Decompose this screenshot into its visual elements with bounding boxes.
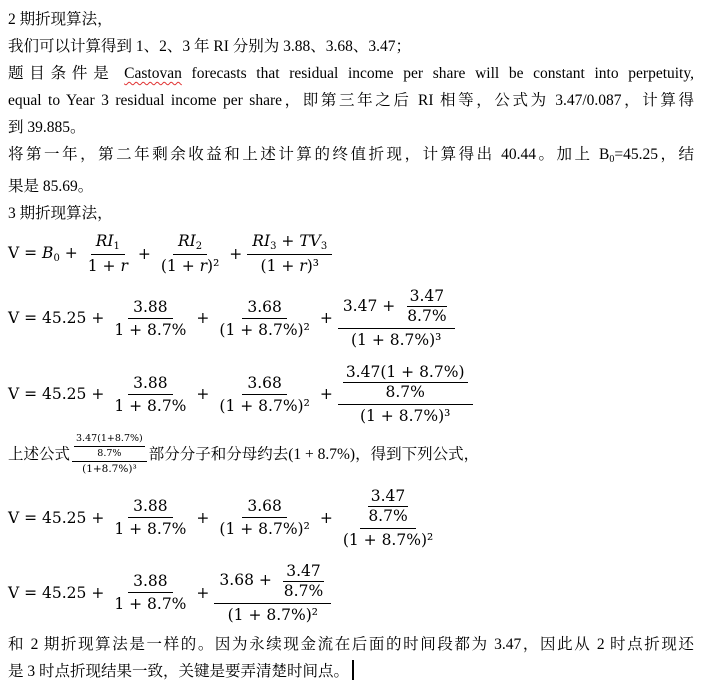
para4-post: 部分分子和分母约去(1 + 8.7%)，得到下列公式， — [149, 441, 479, 468]
fraction-term2: 3.68 (1 + 8.7%)² — [214, 374, 314, 415]
formula-3period-tv-expanded: V = 45.25 + 3.88 1 + 8.7% + 3.68 (1 + 8.… — [8, 363, 694, 425]
formula-3period-numeric: V = 45.25 + 3.88 1 + 8.7% + 3.68 (1 + 8.… — [8, 287, 694, 349]
fraction-term1: 3.88 1 + 8.7% — [109, 298, 191, 339]
para4-pre: 上述公式 — [8, 441, 70, 468]
para2-line1: 将第一年，第二年剩余收益和上述计算的终值折现，计算得出 40.44。加上 B0=… — [8, 141, 694, 173]
para4-cancellation-note: 上述公式 3.47(1+8.7%) 8.7% (1+8.7%)³ 部分分子和分母… — [8, 433, 694, 476]
para1-line4: equal to Year 3 residual income per shar… — [8, 87, 694, 114]
fraction-ri3-tv3: RI3 + TV3 (1 + r)³ — [247, 232, 332, 275]
para2-line1-post: =45.25，结 — [614, 146, 694, 163]
plus-operator: + — [320, 309, 333, 327]
para1-line3-pre: 题目条件是 — [8, 65, 124, 82]
formula-general-ri-model: V = B0 + RI1 1 + r + RI2 (1 + r)² + RI3 … — [8, 232, 694, 275]
inline-fraction: 3.47(1+8.7%) 8.7% (1+8.7%)³ — [72, 433, 147, 476]
formula1-lhs: V = B0 + — [8, 244, 78, 264]
fraction-ri2: RI2 (1 + r)² — [156, 232, 224, 275]
para5: 和 2 期折现算法是一样的。因为永续现金流在后面的时间段都为 3.47，因此从 … — [8, 631, 694, 681]
para2-line2: 果是 85.69。 — [8, 173, 694, 200]
plus-operator: + — [320, 385, 333, 403]
misspelled-word: Castovan — [124, 65, 182, 82]
nested-fraction: 3.47 8.7% — [365, 487, 410, 526]
var-B: B — [42, 244, 53, 262]
formula-cancelled: V = 45.25 + 3.88 1 + 8.7% + 3.68 (1 + 8.… — [8, 487, 694, 549]
fraction-term3: 3.47(1 + 8.7%) 8.7% (1 + 8.7%)³ — [338, 363, 473, 425]
para1-line5: 到 39.885。 — [8, 114, 694, 141]
plus-operator: + — [138, 245, 151, 263]
nested-fraction: 3.47 8.7% — [404, 287, 449, 326]
plus-operator: + — [196, 509, 209, 527]
para5-line2: 是 3 时点折现结果一致，关键是要弄清楚时间点。 — [8, 658, 694, 681]
fraction-term3: 3.47 + 3.47 8.7% (1 + 8.7%)³ — [338, 287, 455, 349]
fraction-term1: 3.88 1 + 8.7% — [109, 374, 191, 415]
plus-operator: + — [196, 385, 209, 403]
document-page[interactable]: 2 期折现算法， 我们可以计算得到 1、2、3 年 RI 分别为 3.88、3.… — [0, 0, 706, 681]
para1-line3: 题目条件是 Castovan forecasts that residual i… — [8, 60, 694, 87]
plus-operator: + — [196, 584, 209, 602]
fraction-term2: 3.68 + 3.47 8.7% (1 + 8.7%)² — [214, 562, 331, 624]
para2-line1-pre: 将第一年，第二年剩余收益和上述计算的终值折现，计算得出 40.44。加上 B — [8, 146, 609, 163]
fraction-term1: 3.88 1 + 8.7% — [109, 572, 191, 613]
plus-operator: + — [196, 309, 209, 327]
nested-fraction: 3.47(1 + 8.7%) 8.7% — [343, 363, 468, 402]
text-cursor — [352, 660, 354, 680]
para1-line1: 2 期折现算法， — [8, 6, 694, 33]
fraction-term2: 3.68 (1 + 8.7%)² — [214, 298, 314, 339]
para1-line2: 我们可以计算得到 1、2、3 年 RI 分别为 3.88、3.68、3.47； — [8, 33, 694, 60]
fraction-term1: 3.88 1 + 8.7% — [109, 497, 191, 538]
para3-heading: 3 期折现算法， — [8, 200, 694, 227]
formula-2period: V = 45.25 + 3.88 1 + 8.7% + 3.68 + 3.47 … — [8, 562, 694, 624]
fraction-ri1: RI1 1 + r — [83, 232, 133, 275]
fraction-term3: 3.47 8.7% (1 + 8.7%)² — [338, 487, 438, 549]
para5-line1: 和 2 期折现算法是一样的。因为永续现金流在后面的时间段都为 3.47，因此从 … — [8, 631, 694, 658]
plus-operator: + — [320, 509, 333, 527]
nested-fraction: 3.47 8.7% — [281, 562, 326, 601]
para1-line3-post: forecasts that residual income per share… — [182, 65, 694, 82]
fraction-term2: 3.68 (1 + 8.7%)² — [214, 497, 314, 538]
plus-operator: + — [229, 245, 242, 263]
